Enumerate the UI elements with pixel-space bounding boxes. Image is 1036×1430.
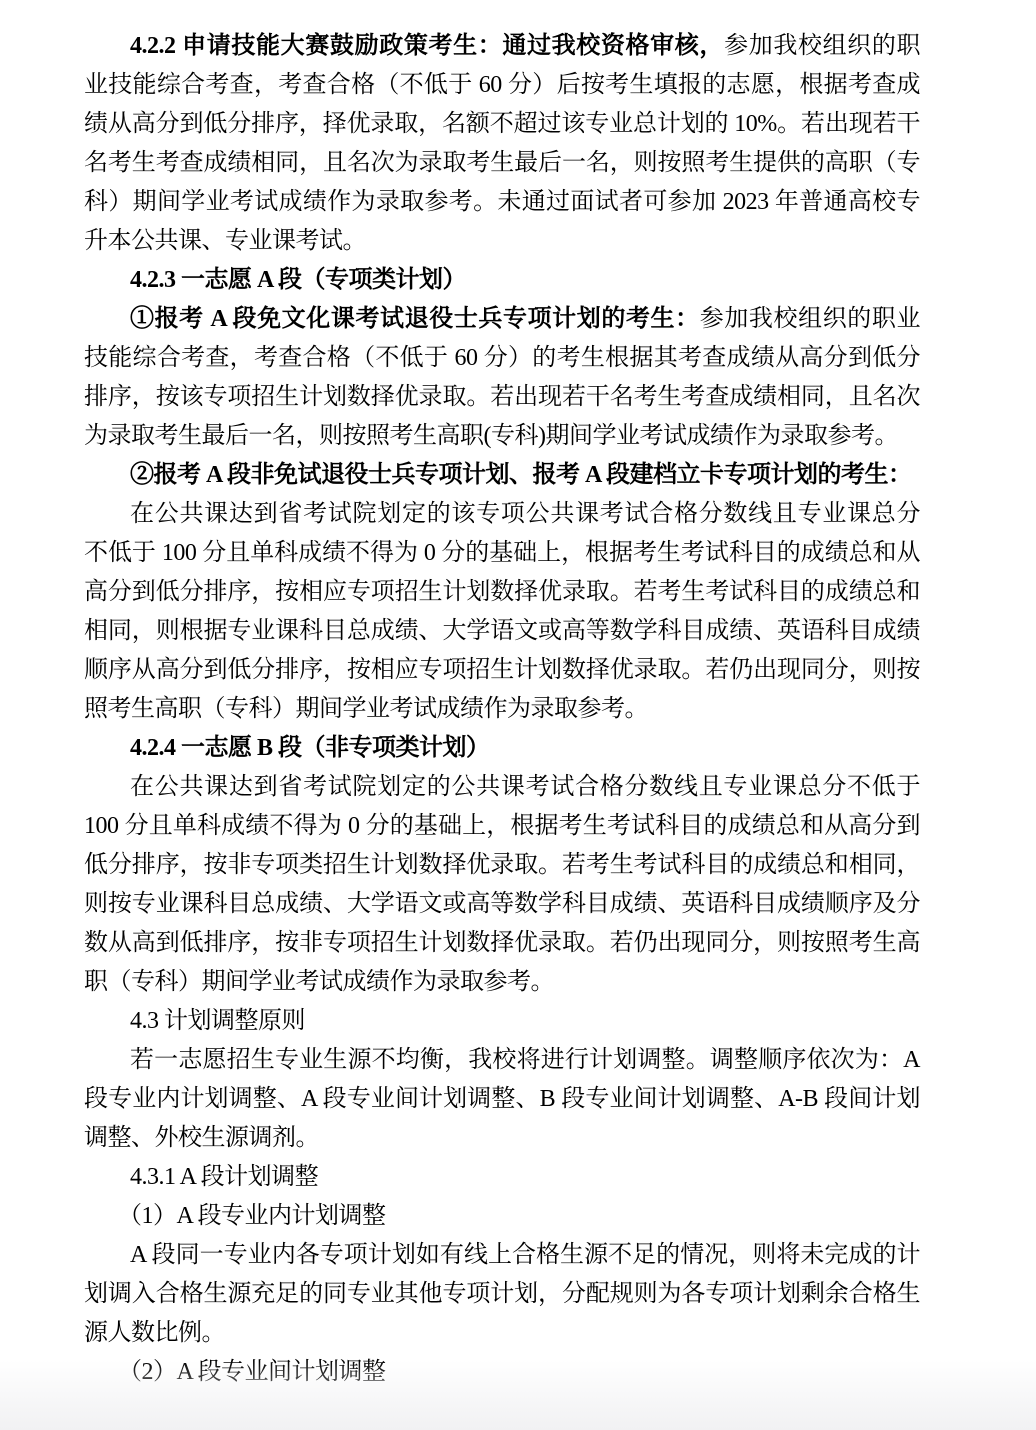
text-run: 4.3.1 A 段计划调整: [130, 1164, 318, 1190]
text-run: 为录取考生最后一名，则按照考生高职(专科)期间学业考试成绩作为录取参考。: [84, 423, 898, 449]
text-run: 升本公共课、专业课考试。: [84, 228, 366, 254]
text-line: 业技能综合考查，考查合格（不低于 60 分）后按考生填报的志愿，根据考查成: [84, 66, 920, 105]
text-run: 4.3 计划调整原则: [130, 1008, 305, 1034]
text-line: 为录取考生最后一名，则按照考生高职(专科)期间学业考试成绩作为录取参考。: [84, 417, 920, 456]
text-run: 不低于 100 分且单科成绩不得为 0 分的基础上，根据考生考试科目的成绩总和从: [84, 540, 920, 566]
bold-text-run: ②报考 A 段非免试退役士兵专项计划、报考 A 段建档立卡专项计划的考生：: [130, 462, 912, 488]
text-run: 在公共课达到省考试院划定的该专项公共课考试合格分数线且专业课总分: [130, 501, 920, 527]
text-line: 高分到低分排序，按相应专项招生计划数择优录取。若考生考试科目的成绩总和: [84, 573, 920, 612]
text-line: 4.3.1 A 段计划调整: [84, 1158, 920, 1197]
bold-text-run: 4.2.2 申请技能大赛鼓励政策考生：通过我校资格审核，: [130, 33, 724, 59]
text-line: 照考生高职（专科）期间学业考试成绩作为录取参考。: [84, 690, 920, 729]
text-line: ①报考 A 段免文化课考试退役士兵专项计划的考生：参加我校组织的职业: [84, 300, 920, 339]
text-run: （1）A 段专业内计划调整: [118, 1203, 386, 1229]
text-line: 段专业内计划调整、A 段专业间计划调整、B 段专业间计划调整、A-B 段间计划: [84, 1080, 920, 1119]
text-run: 职（专科）期间学业考试成绩作为录取参考。: [84, 969, 554, 995]
text-line: 源人数比例。: [84, 1314, 920, 1353]
text-line: 4.3 计划调整原则: [84, 1002, 920, 1041]
text-line: 顺序从高分到低分排序，按相应专项招生计划数择优录取。若仍出现同分，则按: [84, 651, 920, 690]
text-line: 100 分且单科成绩不得为 0 分的基础上，根据考生考试科目的成绩总和从高分到: [84, 807, 920, 846]
text-line: 排序，按该专项招生计划数择优录取。若出现若干名考生考查成绩相同，且名次: [84, 378, 920, 417]
text-line: （2）A 段专业间计划调整: [84, 1353, 920, 1392]
text-run: 在公共课达到省考试院划定的公共课考试合格分数线且专业课总分不低于: [130, 774, 920, 800]
text-line: 科）期间学业考试成绩作为录取参考。未通过面试者可参加 2023 年普通高校专: [84, 183, 920, 222]
text-line: 调整、外校生源调剂。: [84, 1119, 920, 1158]
text-line: 职（专科）期间学业考试成绩作为录取参考。: [84, 963, 920, 1002]
bold-text-run: ①报考 A 段免文化课考试退役士兵专项计划的考生：: [130, 306, 700, 332]
text-run: 名考生考查成绩相同，且名次为录取考生最后一名，则按照考生提供的高职（专: [84, 150, 920, 176]
text-line: 绩从高分到低分排序，择优录取，名额不超过该专业总计划的 10%。若出现若干: [84, 105, 920, 144]
text-run: 段专业内计划调整、A 段专业间计划调整、B 段专业间计划调整、A-B 段间计划: [84, 1086, 920, 1112]
text-line: 4.2.2 申请技能大赛鼓励政策考生：通过我校资格审核，参加我校组织的职: [84, 27, 920, 66]
text-line: 划调入合格生源充足的同专业其他专项计划，分配规则为各专项计划剩余合格生: [84, 1275, 920, 1314]
text-line: 若一志愿招生专业生源不均衡，我校将进行计划调整。调整顺序依次为：A: [84, 1041, 920, 1080]
text-line: ②报考 A 段非免试退役士兵专项计划、报考 A 段建档立卡专项计划的考生：: [84, 456, 920, 495]
text-line: 技能综合考查，考查合格（不低于 60 分）的考生根据其考查成绩从高分到低分: [84, 339, 920, 378]
text-line: A 段同一专业内各专项计划如有线上合格生源不足的情况，则将未完成的计: [84, 1236, 920, 1275]
text-run: 参加我校组织的职: [724, 33, 920, 59]
document-page: 4.2.2 申请技能大赛鼓励政策考生：通过我校资格审核，参加我校组织的职业技能综…: [0, 0, 1036, 1430]
text-line: 低分排序，按非专项类招生计划数择优录取。若考生考试科目的成绩总和相同，: [84, 846, 920, 885]
text-line: 数从高到低排序，按非专项招生计划数择优录取。若仍出现同分，则按照考生高: [84, 924, 920, 963]
text-run: 数从高到低排序，按非专项招生计划数择优录取。若仍出现同分，则按照考生高: [84, 930, 920, 956]
text-run: 技能综合考查，考查合格（不低于 60 分）的考生根据其考查成绩从高分到低分: [84, 345, 920, 371]
text-line: 4.2.3 一志愿 A 段（专项类计划）: [84, 261, 920, 300]
text-run: （2）A 段专业间计划调整: [118, 1359, 386, 1385]
text-run: 高分到低分排序，按相应专项招生计划数择优录取。若考生考试科目的成绩总和: [84, 579, 920, 605]
text-run: 顺序从高分到低分排序，按相应专项招生计划数择优录取。若仍出现同分，则按: [84, 657, 920, 683]
text-run: 参加我校组织的职业: [700, 306, 920, 332]
text-run: 科）期间学业考试成绩作为录取参考。未通过面试者可参加 2023 年普通高校专: [84, 189, 920, 215]
text-line: 在公共课达到省考试院划定的该专项公共课考试合格分数线且专业课总分: [84, 495, 920, 534]
text-run: 低分排序，按非专项类招生计划数择优录取。若考生考试科目的成绩总和相同，: [84, 852, 920, 878]
text-run: 相同，则根据专业课科目总成绩、大学语文或高等数学科目成绩、英语科目成绩: [84, 618, 920, 644]
text-run: 若一志愿招生专业生源不均衡，我校将进行计划调整。调整顺序依次为：A: [130, 1047, 920, 1073]
text-line: 在公共课达到省考试院划定的公共课考试合格分数线且专业课总分不低于: [84, 768, 920, 807]
text-line: 相同，则根据专业课科目总成绩、大学语文或高等数学科目成绩、英语科目成绩: [84, 612, 920, 651]
text-run: 调整、外校生源调剂。: [84, 1125, 319, 1151]
document-text: 4.2.2 申请技能大赛鼓励政策考生：通过我校资格审核，参加我校组织的职业技能综…: [84, 27, 920, 1392]
text-run: 业技能综合考查，考查合格（不低于 60 分）后按考生填报的志愿，根据考查成: [84, 72, 920, 98]
text-line: 名考生考查成绩相同，且名次为录取考生最后一名，则按照考生提供的高职（专: [84, 144, 920, 183]
bold-text-run: 4.2.3 一志愿 A 段（专项类计划）: [130, 267, 466, 293]
text-line: 不低于 100 分且单科成绩不得为 0 分的基础上，根据考生考试科目的成绩总和从: [84, 534, 920, 573]
text-line: 4.2.4 一志愿 B 段（非专项类计划）: [84, 729, 920, 768]
text-run: 100 分且单科成绩不得为 0 分的基础上，根据考生考试科目的成绩总和从高分到: [84, 813, 920, 839]
text-run: 则按专业课科目总成绩、大学语文或高等数学科目成绩、英语科目成绩顺序及分: [84, 891, 920, 917]
text-run: A 段同一专业内各专项计划如有线上合格生源不足的情况，则将未完成的计: [130, 1242, 920, 1268]
text-run: 绩从高分到低分排序，择优录取，名额不超过该专业总计划的 10%。若出现若干: [84, 111, 920, 137]
text-run: 照考生高职（专科）期间学业考试成绩作为录取参考。: [84, 696, 648, 722]
text-line: 则按专业课科目总成绩、大学语文或高等数学科目成绩、英语科目成绩顺序及分: [84, 885, 920, 924]
text-run: 划调入合格生源充足的同专业其他专项计划，分配规则为各专项计划剩余合格生: [84, 1281, 920, 1307]
bold-text-run: 4.2.4 一志愿 B 段（非专项类计划）: [130, 735, 490, 761]
text-line: 升本公共课、专业课考试。: [84, 222, 920, 261]
text-line: （1）A 段专业内计划调整: [84, 1197, 920, 1236]
text-run: 排序，按该专项招生计划数择优录取。若出现若干名考生考查成绩相同，且名次: [84, 384, 920, 410]
text-run: 源人数比例。: [84, 1320, 225, 1346]
